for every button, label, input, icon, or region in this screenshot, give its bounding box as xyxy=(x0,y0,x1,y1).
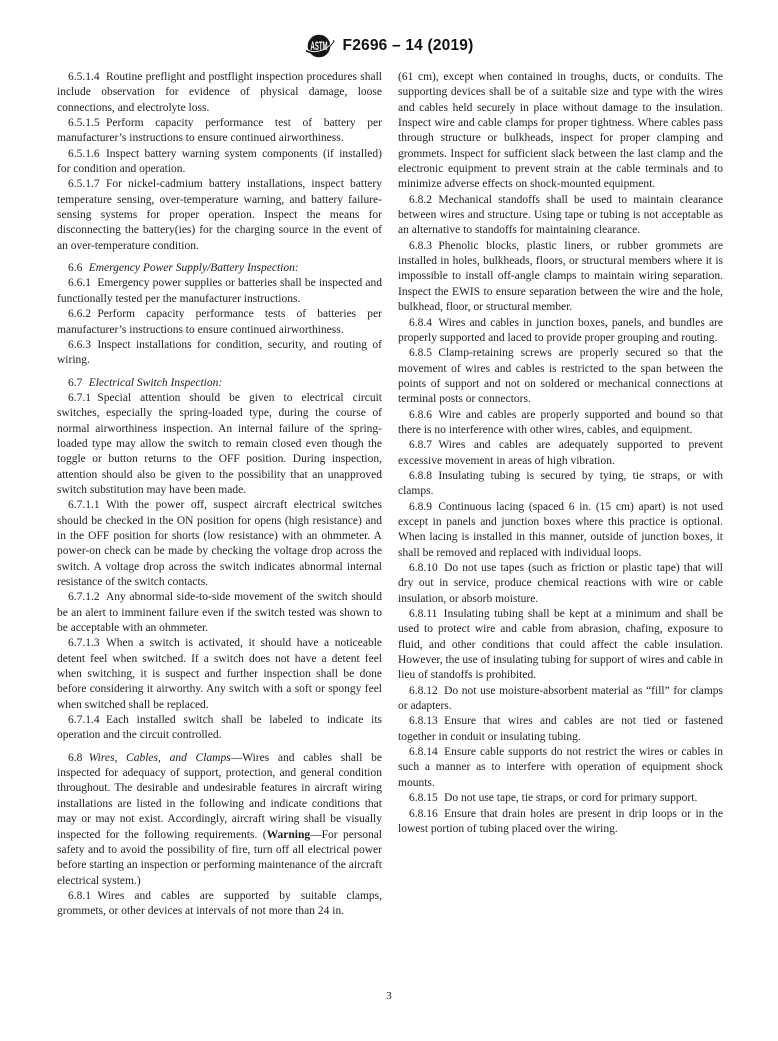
section-number: 6.7.1.4 xyxy=(68,714,100,726)
paragraph-6.6.3: 6.6.3Inspect installations for condition… xyxy=(57,338,382,369)
section-number: 6.8.5 xyxy=(409,347,432,359)
paragraph-6.5.1.6: 6.5.1.6Inspect battery warning system co… xyxy=(57,147,382,178)
paragraph-6.8.16: 6.8.16Ensure that drain holes are presen… xyxy=(398,807,723,838)
text-run: Emergency power supplies or batteries sh… xyxy=(57,277,382,304)
section-number: 6.5.1.6 xyxy=(68,148,100,160)
section-number: 6.8.9 xyxy=(409,501,432,513)
paragraph-6.8.4: 6.8.4Wires and cables in junction boxes,… xyxy=(398,316,723,347)
section-number: 6.8.12 xyxy=(409,685,438,697)
text-run: (61 cm), except when contained in trough… xyxy=(398,71,723,190)
paragraph-6.8.13: 6.8.13Ensure that wires and cables are n… xyxy=(398,714,723,745)
two-column-body: 6.5.1.4Routine preflight and postflight … xyxy=(57,70,723,920)
page-number: 3 xyxy=(386,990,392,1002)
paragraph-6.7.1.2: 6.7.1.2Any abnormal side-to-side movemen… xyxy=(57,590,382,636)
text-run: Ensure cable supports do not restrict th… xyxy=(398,746,723,789)
paragraph-6.7: 6.7Electrical Switch Inspection: xyxy=(57,376,382,391)
svg-text:ASTM: ASTM xyxy=(310,41,327,53)
text-run: For nickel-cadmium battery installations… xyxy=(57,178,382,251)
paragraph-6.8.9: 6.8.9Continuous lacing (spaced 6 in. (15… xyxy=(398,500,723,561)
section-number: 6.5.1.5 xyxy=(68,117,100,129)
text-run: Wires and cables are supported by suitab… xyxy=(57,890,382,917)
paragraph-6.8: 6.8Wires, Cables, and Clamps—Wires and c… xyxy=(57,751,382,889)
right-column: (61 cm), except when contained in trough… xyxy=(398,70,723,920)
paragraph-6.6: 6.6Emergency Power Supply/Battery Inspec… xyxy=(57,261,382,276)
text-run: With the power off, suspect aircraft ele… xyxy=(57,499,382,588)
left-column: 6.5.1.4Routine preflight and postflight … xyxy=(57,70,382,920)
section-number: 6.8.13 xyxy=(409,715,438,727)
text-run-italic: Emergency Power Supply/Battery Inspectio… xyxy=(89,262,299,274)
text-run-bold: Warning xyxy=(267,829,310,841)
paragraph-6.8.7: 6.8.7Wires and cables are adequately sup… xyxy=(398,438,723,469)
paragraph-6.5.1.7: 6.5.1.7For nickel-cadmium battery instal… xyxy=(57,177,382,254)
section-number: 6.5.1.7 xyxy=(68,178,100,190)
section-number: 6.8 xyxy=(68,752,82,764)
paragraph-6.8.5: 6.8.5Clamp-retaining screws are properly… xyxy=(398,346,723,407)
section-number: 6.7.1.1 xyxy=(68,499,100,511)
section-number: 6.8.10 xyxy=(409,562,438,574)
text-run: Wires and cables in junction boxes, pane… xyxy=(398,317,723,344)
text-run: Ensure that drain holes are present in d… xyxy=(398,808,723,835)
text-run: Do not use tape, tie straps, or cord for… xyxy=(444,792,697,804)
paragraph-6.6.2: 6.6.2Perform capacity performance tests … xyxy=(57,307,382,338)
document-page: ASTM F2696 – 14 (2019) 6.5.1.4Routine pr… xyxy=(0,0,778,1041)
section-number: 6.8.15 xyxy=(409,792,438,804)
section-number: 6.6 xyxy=(68,262,82,274)
document-header: ASTM F2696 – 14 (2019) xyxy=(0,33,778,59)
section-number: 6.8.6 xyxy=(409,409,432,421)
paragraph-6.8.6: 6.8.6Wire and cables are properly suppor… xyxy=(398,408,723,439)
section-number: 6.8.7 xyxy=(409,439,432,451)
page-footer: 3 xyxy=(0,990,778,1002)
paragraph-6.5.1.5: 6.5.1.5Perform capacity performance test… xyxy=(57,116,382,147)
paragraph-6.8.15: 6.8.15Do not use tape, tie straps, or co… xyxy=(398,791,723,806)
text-run-italic: Wires, Cables, and Clamps xyxy=(89,752,231,764)
text-run: Clamp-retaining screws are properly secu… xyxy=(398,347,723,405)
paragraph-6.8.8: 6.8.8Insulating tubing is secured by tyi… xyxy=(398,469,723,500)
section-number: 6.6.3 xyxy=(68,339,91,351)
section-number: 6.8.11 xyxy=(409,608,437,620)
section-number: 6.6.2 xyxy=(68,308,91,320)
text-run: Inspect installations for condition, sec… xyxy=(57,339,382,366)
paragraph-6.6.1: 6.6.1Emergency power supplies or batteri… xyxy=(57,276,382,307)
section-number: 6.8.16 xyxy=(409,808,438,820)
text-run: Phenolic blocks, plastic liners, or rubb… xyxy=(398,240,723,313)
text-run: Perform capacity performance test of bat… xyxy=(57,117,382,144)
text-run: Wire and cables are properly supported a… xyxy=(398,409,723,436)
section-number: 6.7.1 xyxy=(68,392,91,404)
text-run: Special attention should be given to ele… xyxy=(57,392,382,496)
section-number: 6.8.14 xyxy=(409,746,438,758)
text-run: Any abnormal side-to-side movement of th… xyxy=(57,591,382,634)
paragraph-6.8.11: 6.8.11Insulating tubing shall be kept at… xyxy=(398,607,723,684)
section-number: 6.6.1 xyxy=(68,277,91,289)
section-number: 6.7.1.2 xyxy=(68,591,100,603)
astm-logo-icon: ASTM xyxy=(305,33,335,59)
section-number: 6.8.1 xyxy=(68,890,91,902)
section-number: 6.8.3 xyxy=(409,240,432,252)
text-run-italic: Electrical Switch Inspection: xyxy=(89,377,223,389)
paragraph-6.5.1.4: 6.5.1.4Routine preflight and postflight … xyxy=(57,70,382,116)
text-run: Each installed switch shall be labeled t… xyxy=(57,714,382,741)
text-run: Do not use moisture-absorbent material a… xyxy=(398,685,723,712)
paragraph-6.8.14: 6.8.14Ensure cable supports do not restr… xyxy=(398,745,723,791)
text-run: Insulating tubing is secured by tying, t… xyxy=(398,470,723,497)
text-run: Continuous lacing (spaced 6 in. (15 cm) … xyxy=(398,501,723,559)
paragraph-6.8.3: 6.8.3Phenolic blocks, plastic liners, or… xyxy=(398,239,723,316)
text-run: Inspect battery warning system component… xyxy=(57,148,382,175)
section-number: 6.5.1.4 xyxy=(68,71,100,83)
text-run: Ensure that wires and cables are not tie… xyxy=(398,715,723,742)
text-run: Mechanical standoffs shall be used to ma… xyxy=(398,194,723,237)
paragraph-6.7.1.4: 6.7.1.4Each installed switch shall be la… xyxy=(57,713,382,744)
text-run: Perform capacity performance tests of ba… xyxy=(57,308,382,335)
section-number: 6.8.2 xyxy=(409,194,432,206)
paragraph-6.7.1.3: 6.7.1.3When a switch is activated, it sh… xyxy=(57,636,382,713)
text-run: Routine preflight and postflight inspect… xyxy=(57,71,382,114)
section-number: 6.8.8 xyxy=(409,470,432,482)
paragraph-continuation: (61 cm), except when contained in trough… xyxy=(398,70,723,193)
standard-designation: F2696 – 14 (2019) xyxy=(343,37,474,55)
section-number: 6.7.1.3 xyxy=(68,637,100,649)
paragraph-6.8.2: 6.8.2Mechanical standoffs shall be used … xyxy=(398,193,723,239)
paragraph-6.7.1: 6.7.1Special attention should be given t… xyxy=(57,391,382,498)
paragraph-6.8.12: 6.8.12Do not use moisture-absorbent mate… xyxy=(398,684,723,715)
text-run: When a switch is activated, it should ha… xyxy=(57,637,382,710)
section-number: 6.7 xyxy=(68,377,82,389)
text-run: —Wires and cables shall be inspected for… xyxy=(57,752,382,841)
text-run: Do not use tapes (such as friction or pl… xyxy=(398,562,723,605)
text-run: Insulating tubing shall be kept at a min… xyxy=(398,608,723,681)
paragraph-6.7.1.1: 6.7.1.1With the power off, suspect aircr… xyxy=(57,498,382,590)
text-run: Wires and cables are adequately supporte… xyxy=(398,439,723,466)
paragraph-6.8.10: 6.8.10Do not use tapes (such as friction… xyxy=(398,561,723,607)
section-number: 6.8.4 xyxy=(409,317,432,329)
paragraph-6.8.1: 6.8.1Wires and cables are supported by s… xyxy=(57,889,382,920)
